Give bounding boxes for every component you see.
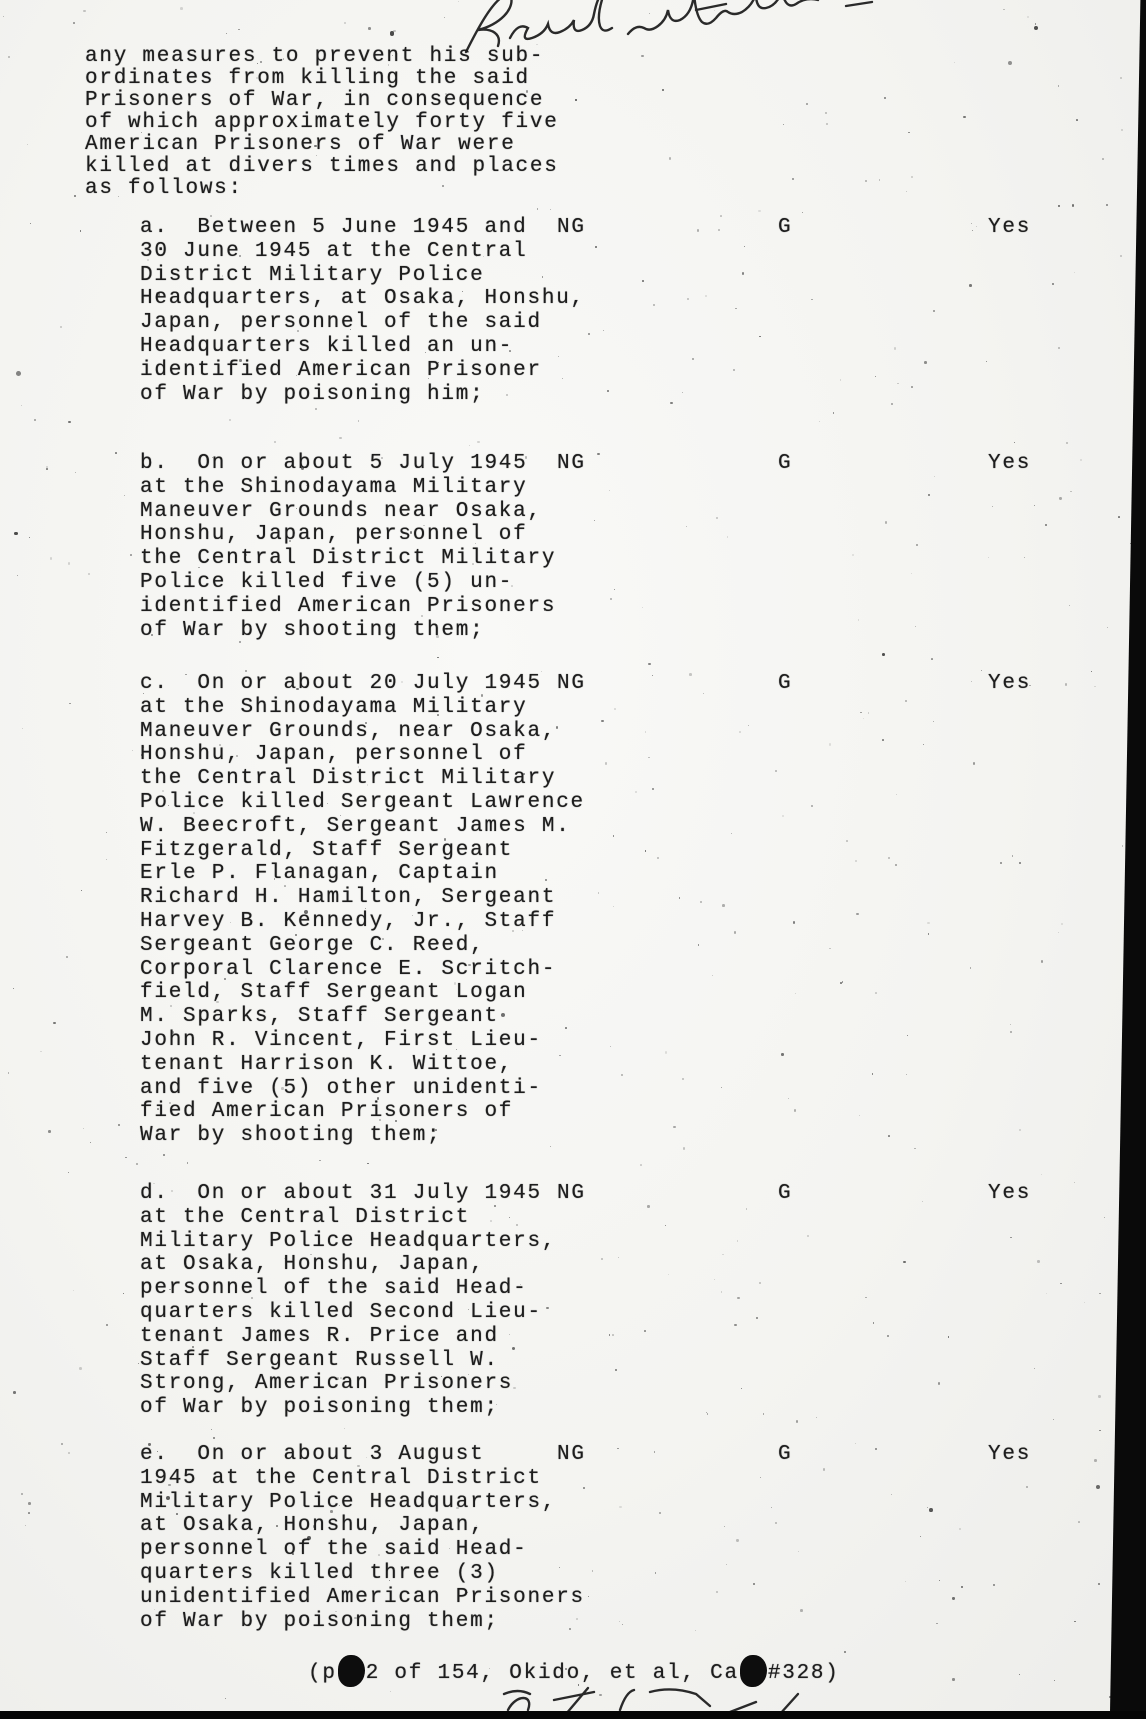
text-line: at the Shinodayama Military [140, 476, 556, 500]
hole-punch-blob [338, 1655, 365, 1687]
footer-page-info: 2 of 154, Okido, et al, Ca [366, 1662, 739, 1685]
charge-a-text: a. Between 5 June 1945 and30 June 1945 a… [140, 216, 585, 406]
text-line: Police killed Sergeant Lawrence [140, 791, 585, 815]
text-line: M. Sparks, Staff Sergeant [140, 1005, 585, 1029]
text-line: any measures to prevent his sub- [85, 46, 559, 68]
text-line: of War by poisoning him; [140, 383, 585, 407]
text-line: at Osaka, Honshu, Japan, [140, 1514, 585, 1538]
scanned-document-page: any measures to prevent his sub-ordinate… [0, 0, 1146, 1719]
charge-a-col-yes: Yes [988, 216, 1031, 240]
text-line: of War by shooting them; [140, 619, 556, 643]
text-line: e. On or about 3 August [140, 1443, 585, 1467]
page-footer: (p2 of 154, Okido, et al, Ca#328) [308, 1655, 840, 1687]
charge-b-text: b. On or about 5 July 1945at the Shinoda… [140, 452, 556, 642]
text-line: as follows: [85, 178, 559, 200]
charge-e-col-g: G [778, 1443, 792, 1467]
charge-d-col-yes: Yes [988, 1182, 1031, 1206]
text-line: Staff Sergeant Russell W. [140, 1349, 556, 1373]
text-line: W. Beecroft, Sergeant James M. [140, 815, 585, 839]
text-line: of War by poisoning them; [140, 1396, 556, 1420]
scan-edge-bottom [0, 1711, 1146, 1719]
text-line: quarters killed Second Lieu- [140, 1301, 556, 1325]
hole-punch-blob [740, 1655, 767, 1687]
text-line: and five (5) other unidenti- [140, 1077, 585, 1101]
text-line: identified American Prisoners [140, 595, 556, 619]
text-line: unidentified American Prisoners [140, 1586, 585, 1610]
text-line: personnel of the said Head- [140, 1538, 585, 1562]
intro-paragraph: any measures to prevent his sub-ordinate… [85, 46, 559, 200]
footer-close: #328) [768, 1662, 840, 1685]
text-line: b. On or about 5 July 1945 [140, 452, 556, 476]
text-line: Corporal Clarence E. Scritch- [140, 958, 585, 982]
charge-b-col-g: G [778, 452, 792, 476]
text-line: of which approximately forty five [85, 112, 559, 134]
text-line: Erle P. Flanagan, Captain [140, 862, 585, 886]
text-line: Military Police Headquarters, [140, 1230, 556, 1254]
charge-a-col-ng: NG [557, 216, 586, 240]
text-line: District Military Police [140, 264, 585, 288]
footer-open: (p [308, 1662, 337, 1685]
charge-e-col-yes: Yes [988, 1443, 1031, 1467]
text-line: Maneuver Grounds, near Osaka, [140, 720, 585, 744]
text-line: Japan, personnel of the said [140, 311, 585, 335]
charge-c-col-yes: Yes [988, 672, 1031, 696]
charge-e-col-ng: NG [557, 1443, 586, 1467]
text-line: field, Staff Sergeant Logan [140, 981, 585, 1005]
charge-e-text: e. On or about 3 August1945 at the Centr… [140, 1443, 585, 1633]
text-line: 1945 at the Central District [140, 1467, 585, 1491]
text-line: Sergeant George C. Reed, [140, 934, 585, 958]
text-line: c. On or about 20 July 1945 [140, 672, 585, 696]
text-line: Military Police Headquarters, [140, 1491, 585, 1515]
text-line: d. On or about 31 July 1945 [140, 1182, 556, 1206]
text-line: killed at divers times and places [85, 156, 559, 178]
scan-edge-right [1106, 0, 1146, 1712]
text-line: Prisoners of War, in consequence [85, 90, 559, 112]
text-line: a. Between 5 June 1945 and [140, 216, 585, 240]
text-line: Richard H. Hamilton, Sergeant [140, 886, 585, 910]
text-line: ordinates from killing the said [85, 68, 559, 90]
text-line: personnel of the said Head- [140, 1277, 556, 1301]
charge-c-col-g: G [778, 672, 792, 696]
text-line: 30 June 1945 at the Central [140, 240, 585, 264]
text-line: Maneuver Grounds near Osaka, [140, 500, 556, 524]
text-line: Honshu, Japan, personnel of [140, 523, 556, 547]
charge-d-col-ng: NG [557, 1182, 586, 1206]
text-line: at the Shinodayama Military [140, 696, 585, 720]
text-line: American Prisoners of War were [85, 134, 559, 156]
text-line: of War by poisoning them; [140, 1610, 585, 1634]
charge-d-text: d. On or about 31 July 1945at the Centra… [140, 1182, 556, 1420]
text-line: the Central District Military [140, 547, 556, 571]
text-line: at the Central District [140, 1206, 556, 1230]
text-line: fied American Prisoners of [140, 1100, 585, 1124]
text-line: the Central District Military [140, 767, 585, 791]
charge-c-col-ng: NG [557, 672, 586, 696]
text-line: Headquarters, at Osaka, Honshu, [140, 287, 585, 311]
text-line: Honshu, Japan, personnel of [140, 743, 585, 767]
charge-c-text: c. On or about 20 July 1945at the Shinod… [140, 672, 585, 1148]
charge-b-col-yes: Yes [988, 452, 1031, 476]
text-line: Strong, American Prisoners [140, 1372, 556, 1396]
text-line: quarters killed three (3) [140, 1562, 585, 1586]
text-line: Fitzgerald, Staff Sergeant [140, 839, 585, 863]
text-line: identified American Prisoner [140, 359, 585, 383]
charge-d-col-g: G [778, 1182, 792, 1206]
text-line: Police killed five (5) un- [140, 571, 556, 595]
text-line: tenant Harrison K. Wittoe, [140, 1053, 585, 1077]
text-line: Headquarters killed an un- [140, 335, 585, 359]
charge-b-col-ng: NG [557, 452, 586, 476]
text-line: War by shooting them; [140, 1124, 585, 1148]
text-line: at Osaka, Honshu, Japan, [140, 1253, 556, 1277]
charge-a-col-g: G [778, 216, 792, 240]
text-line: John R. Vincent, First Lieu- [140, 1029, 585, 1053]
text-line: tenant James R. Price and [140, 1325, 556, 1349]
text-line: Harvey B. Kennedy, Jr., Staff [140, 910, 585, 934]
